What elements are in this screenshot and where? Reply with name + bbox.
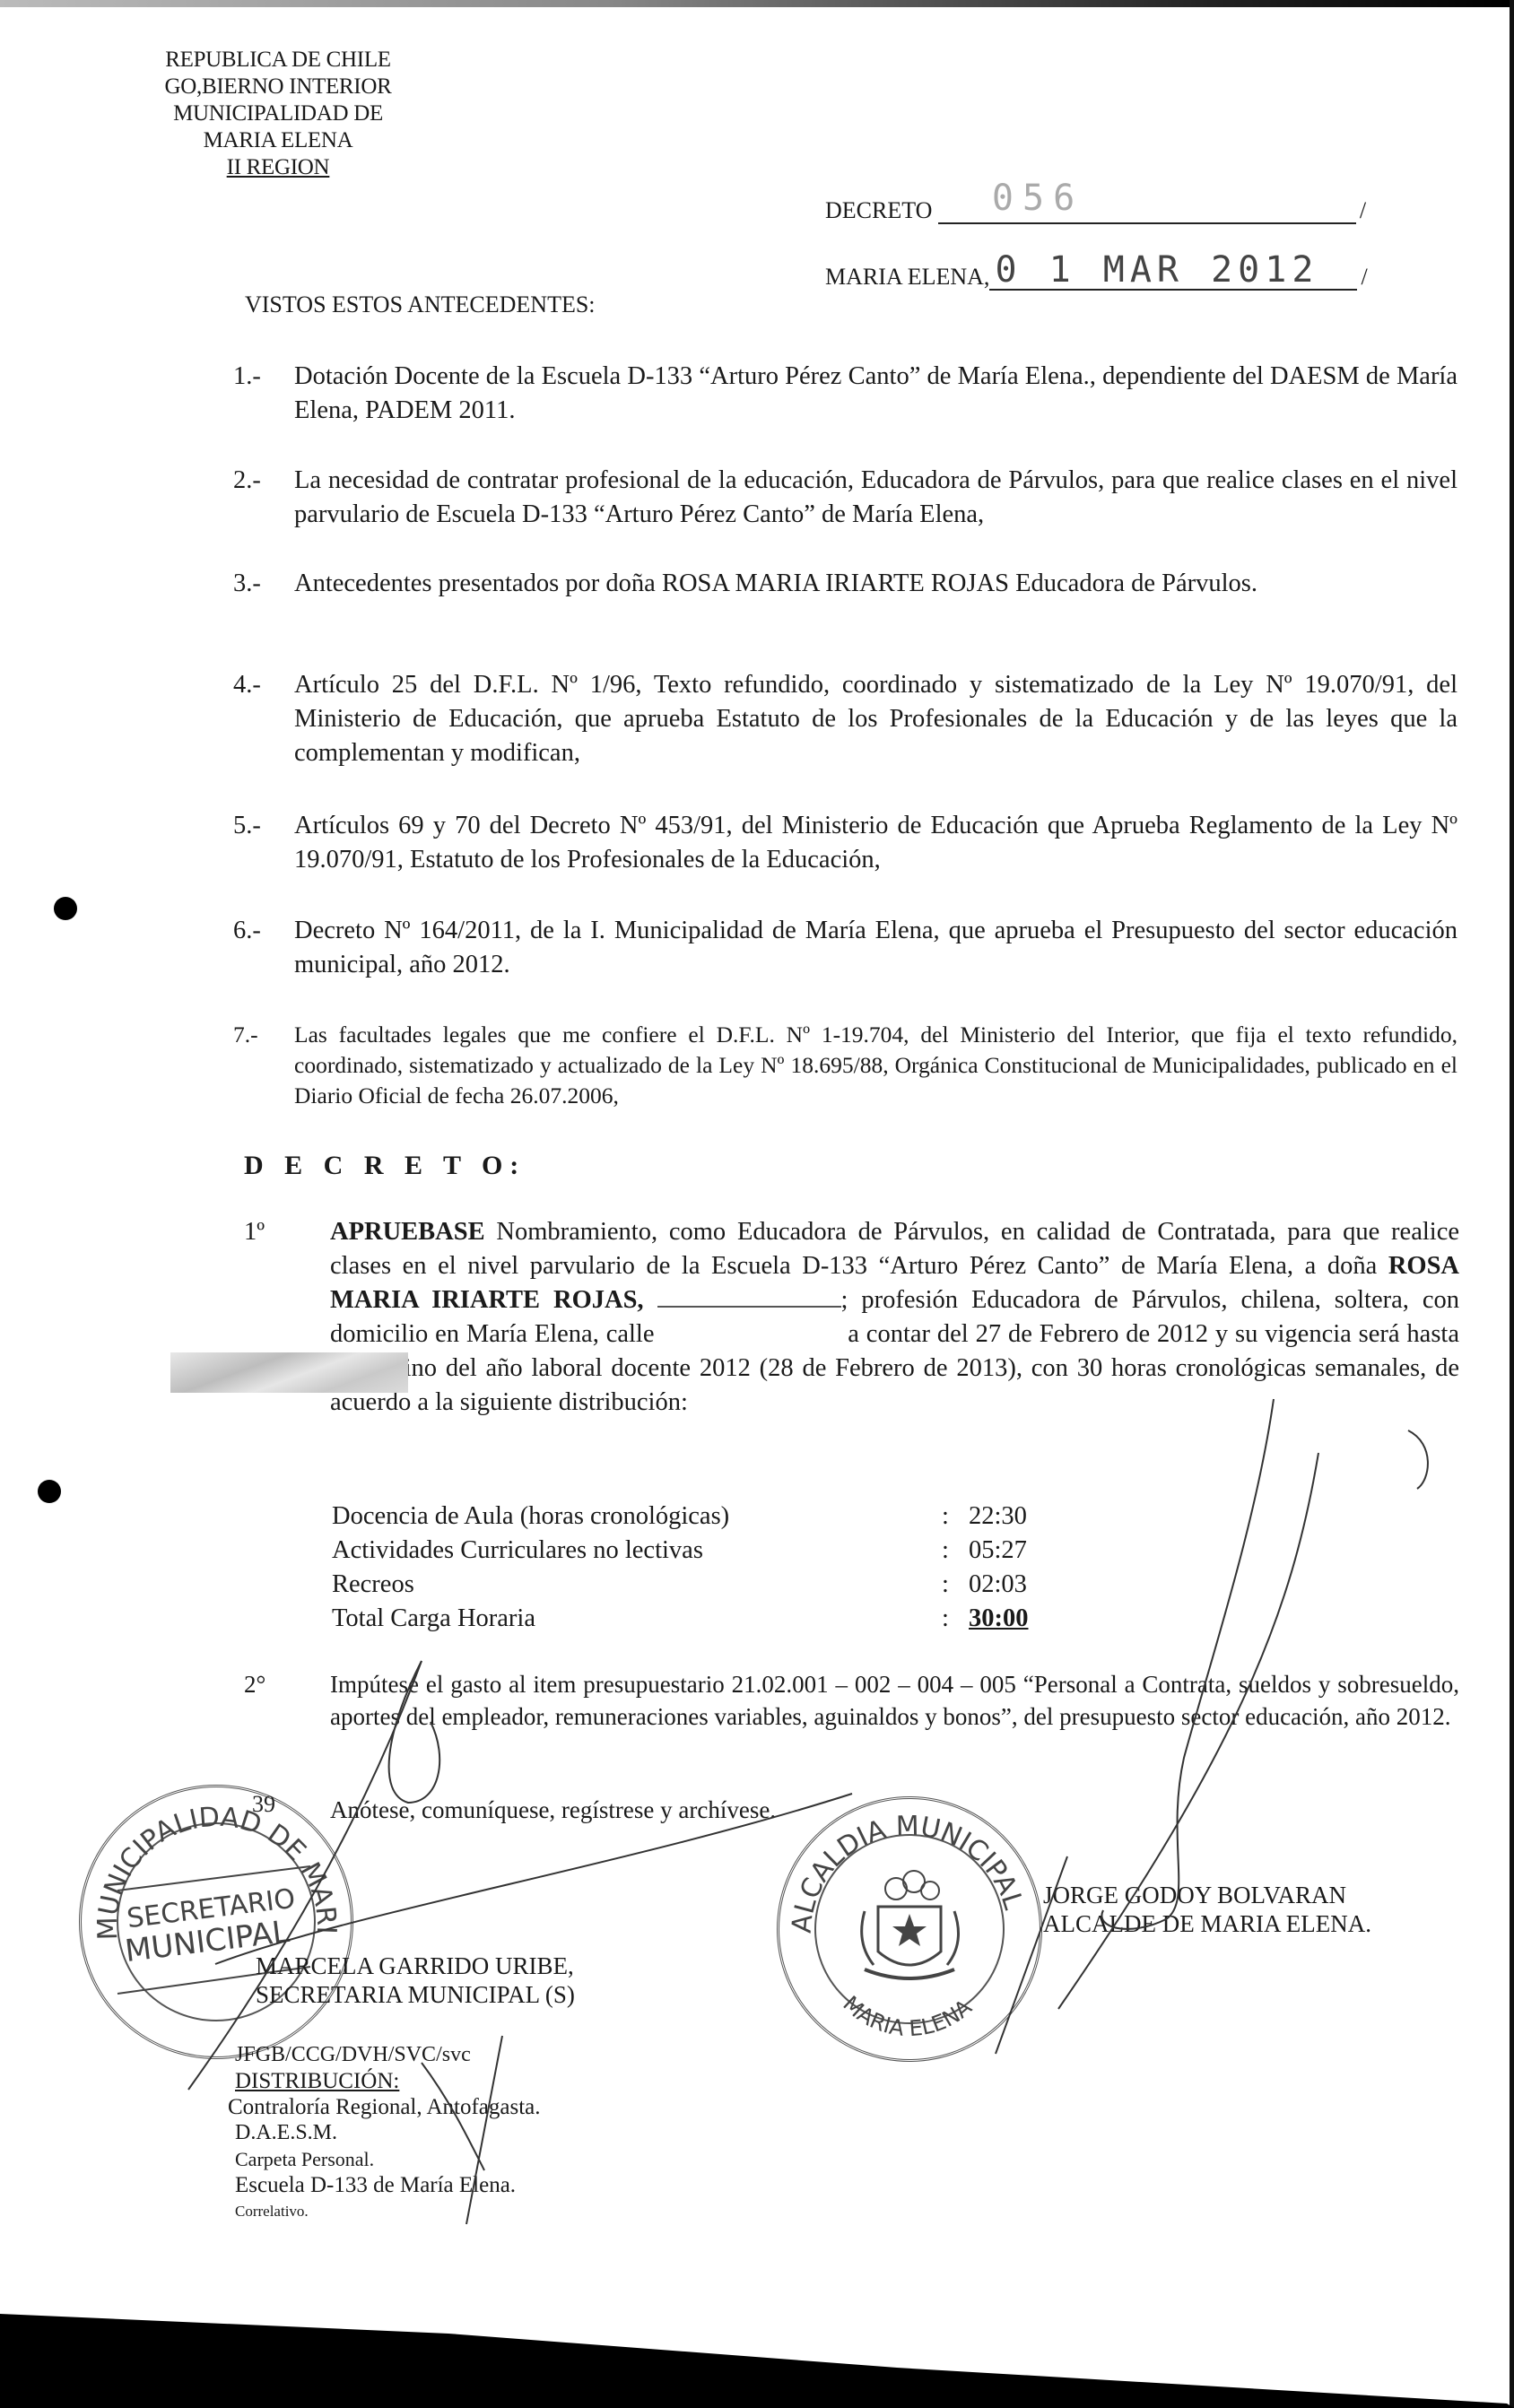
secretary-seal: MUNICIPALIDAD DE MARIA ELENA SECRETARIO … xyxy=(79,1785,353,2059)
row-value: 02:03 xyxy=(969,1568,1049,1602)
item-text: Artículo 25 del D.F.L. Nº 1/96, Texto re… xyxy=(294,668,1457,770)
closing-formula: Anótese, comuníquese, regístrese y archí… xyxy=(330,1796,776,1824)
scan-bottom-edge xyxy=(0,2314,1514,2408)
item-number: 3.- xyxy=(233,567,261,601)
article-lead: APRUEBASE xyxy=(330,1218,485,1246)
item-text: Las facultades legales que me confiere e… xyxy=(294,1020,1457,1111)
row-label: Total Carga Horaria xyxy=(332,1602,942,1636)
redacted-field xyxy=(657,1286,841,1308)
mayor-signature-block: JORGE GODOY BOLVARAN ALCALDE DE MARIA EL… xyxy=(1043,1881,1371,1938)
distribution-item: Correlativo. xyxy=(235,2198,541,2224)
item-number: 7.- xyxy=(233,1020,258,1050)
header-line: MARIA ELENA xyxy=(135,127,422,154)
punch-hole-mark xyxy=(54,897,77,920)
header-line: REPUBLICA DE CHILE xyxy=(135,47,422,74)
separator: : xyxy=(942,1602,969,1636)
antecedent-item: 3.- Antecedentes presentados por doña RO… xyxy=(233,567,1457,601)
decree-label: DECRETO xyxy=(825,197,932,223)
article-2: 2° Impútese el gasto al item presupuesta… xyxy=(244,1668,1459,1733)
chile-coat-of-arms-icon: ALCALDIA MUNICIPAL MARIA ELENA xyxy=(779,1799,1040,2059)
antecedent-item: 1.- Dotación Docente de la Escuela D-133… xyxy=(233,360,1457,428)
antecedent-item: 6.- Decreto Nº 164/2011, de la I. Munici… xyxy=(233,914,1457,982)
distribution-item: Contraloría Regional, Antofagasta. xyxy=(228,2094,541,2120)
article-number: 2° xyxy=(244,1668,265,1700)
article-text: APRUEBASE Nombramiento, como Educadora d… xyxy=(330,1215,1459,1420)
decree-number-stamp: 056 xyxy=(992,178,1083,219)
handwritten-number: 39 xyxy=(252,1791,275,1818)
distribution-item: Escuela D-133 de María Elena. xyxy=(235,2172,541,2198)
article-1: 1º APRUEBASE Nombramiento, como Educador… xyxy=(244,1215,1459,1420)
row-label: Actividades Curriculares no lectivas xyxy=(332,1534,942,1568)
mayor-seal: ALCALDIA MUNICIPAL MARIA ELENA xyxy=(777,1796,1042,2062)
item-number: 6.- xyxy=(233,914,261,948)
scan-top-edge xyxy=(0,0,1514,7)
antecedent-item: 5.- Artículos 69 y 70 del Decreto Nº 453… xyxy=(233,809,1457,877)
item-number: 2.- xyxy=(233,464,261,498)
row-label: Recreos xyxy=(332,1568,942,1602)
distribution-item: Carpeta Personal. xyxy=(235,2146,541,2172)
total-value: 30:00 xyxy=(969,1602,1049,1636)
article-text-part: Nombramiento, como Educadora de Párvulos… xyxy=(330,1218,1459,1280)
date-stamp: 0 1 MAR 2012 xyxy=(995,249,1318,291)
decree-date-line: MARIA ELENA, 0 1 MAR 2012 / xyxy=(825,260,1368,291)
decree-date-field: 0 1 MAR 2012 xyxy=(989,260,1357,291)
antecedent-item: 7.- Las facultades legales que me confie… xyxy=(233,1020,1457,1111)
decree-number-line: DECRETO 056 / xyxy=(825,196,1366,224)
slash: / xyxy=(1360,197,1366,223)
item-text: La necesidad de contratar profesional de… xyxy=(294,464,1457,532)
hours-distribution-table: Docencia de Aula (horas cronológicas) : … xyxy=(332,1500,1049,1636)
signatory-name: JORGE GODOY BOLVARAN xyxy=(1043,1881,1371,1909)
table-row: Actividades Curriculares no lectivas : 0… xyxy=(332,1534,1049,1568)
decreto-title: D E C R E T O: xyxy=(244,1151,526,1181)
item-number: 5.- xyxy=(233,809,261,843)
table-row: Recreos : 02:03 xyxy=(332,1568,1049,1602)
svg-text:MARIA ELENA: MARIA ELENA xyxy=(838,1991,977,2041)
slash: / xyxy=(1361,264,1367,290)
row-value: 05:27 xyxy=(969,1534,1049,1568)
signatory-title: SECRETARIA MUNICIPAL (S) xyxy=(256,1980,575,2009)
item-text: Artículos 69 y 70 del Decreto Nº 453/91,… xyxy=(294,809,1457,877)
signatory-name: MARCELA GARRIDO URIBE, xyxy=(256,1952,575,1980)
distribution-title: DISTRIBUCIÓN: xyxy=(235,2068,541,2094)
antecedent-item: 4.- Artículo 25 del D.F.L. Nº 1/96, Text… xyxy=(233,668,1457,770)
separator: : xyxy=(942,1534,969,1568)
item-text: Decreto Nº 164/2011, de la I. Municipali… xyxy=(294,914,1457,982)
antecedent-item: 2.- La necesidad de contratar profesiona… xyxy=(233,464,1457,532)
item-text: Dotación Docente de la Escuela D-133 “Ar… xyxy=(294,360,1457,428)
vistos-title: VISTOS ESTOS ANTECEDENTES: xyxy=(245,291,596,318)
table-row-total: Total Carga Horaria : 30:00 xyxy=(332,1602,1049,1636)
table-row: Docencia de Aula (horas cronológicas) : … xyxy=(332,1500,1049,1534)
signatory-title: ALCALDE DE MARIA ELENA. xyxy=(1043,1909,1371,1938)
secretary-signature-block: MARCELA GARRIDO URIBE, SECRETARIA MUNICI… xyxy=(256,1952,575,2009)
distribution-item: D.A.E.S.M. xyxy=(235,2120,541,2146)
row-label: Docencia de Aula (horas cronológicas) xyxy=(332,1500,942,1534)
place-label: MARIA ELENA, xyxy=(825,264,989,290)
item-text: Antecedentes presentados por doña ROSA M… xyxy=(294,567,1457,601)
decree-number-field: 056 xyxy=(938,196,1356,224)
article-text: Impútese el gasto al item presupuestario… xyxy=(330,1668,1459,1733)
row-value: 22:30 xyxy=(969,1500,1049,1534)
distribution-block: JFGB/CCG/DVH/SVC/svc DISTRIBUCIÓN: Contr… xyxy=(235,2042,541,2224)
scan-right-edge xyxy=(1510,0,1514,2408)
separator: : xyxy=(942,1500,969,1534)
item-number: 4.- xyxy=(233,668,261,702)
header-region: II REGION xyxy=(135,154,422,181)
redaction-smudge xyxy=(170,1352,408,1393)
article-number: 1º xyxy=(244,1215,265,1249)
item-number: 1.- xyxy=(233,360,261,394)
header-line: GO,BIERNO INTERIOR xyxy=(135,74,422,100)
separator: : xyxy=(942,1568,969,1602)
header-line: MUNICIPALIDAD DE xyxy=(135,100,422,127)
punch-hole-mark xyxy=(38,1480,61,1503)
initials-reference: JFGB/CCG/DVH/SVC/svc xyxy=(235,2042,541,2068)
issuer-header: REPUBLICA DE CHILE GO,BIERNO INTERIOR MU… xyxy=(135,47,422,181)
